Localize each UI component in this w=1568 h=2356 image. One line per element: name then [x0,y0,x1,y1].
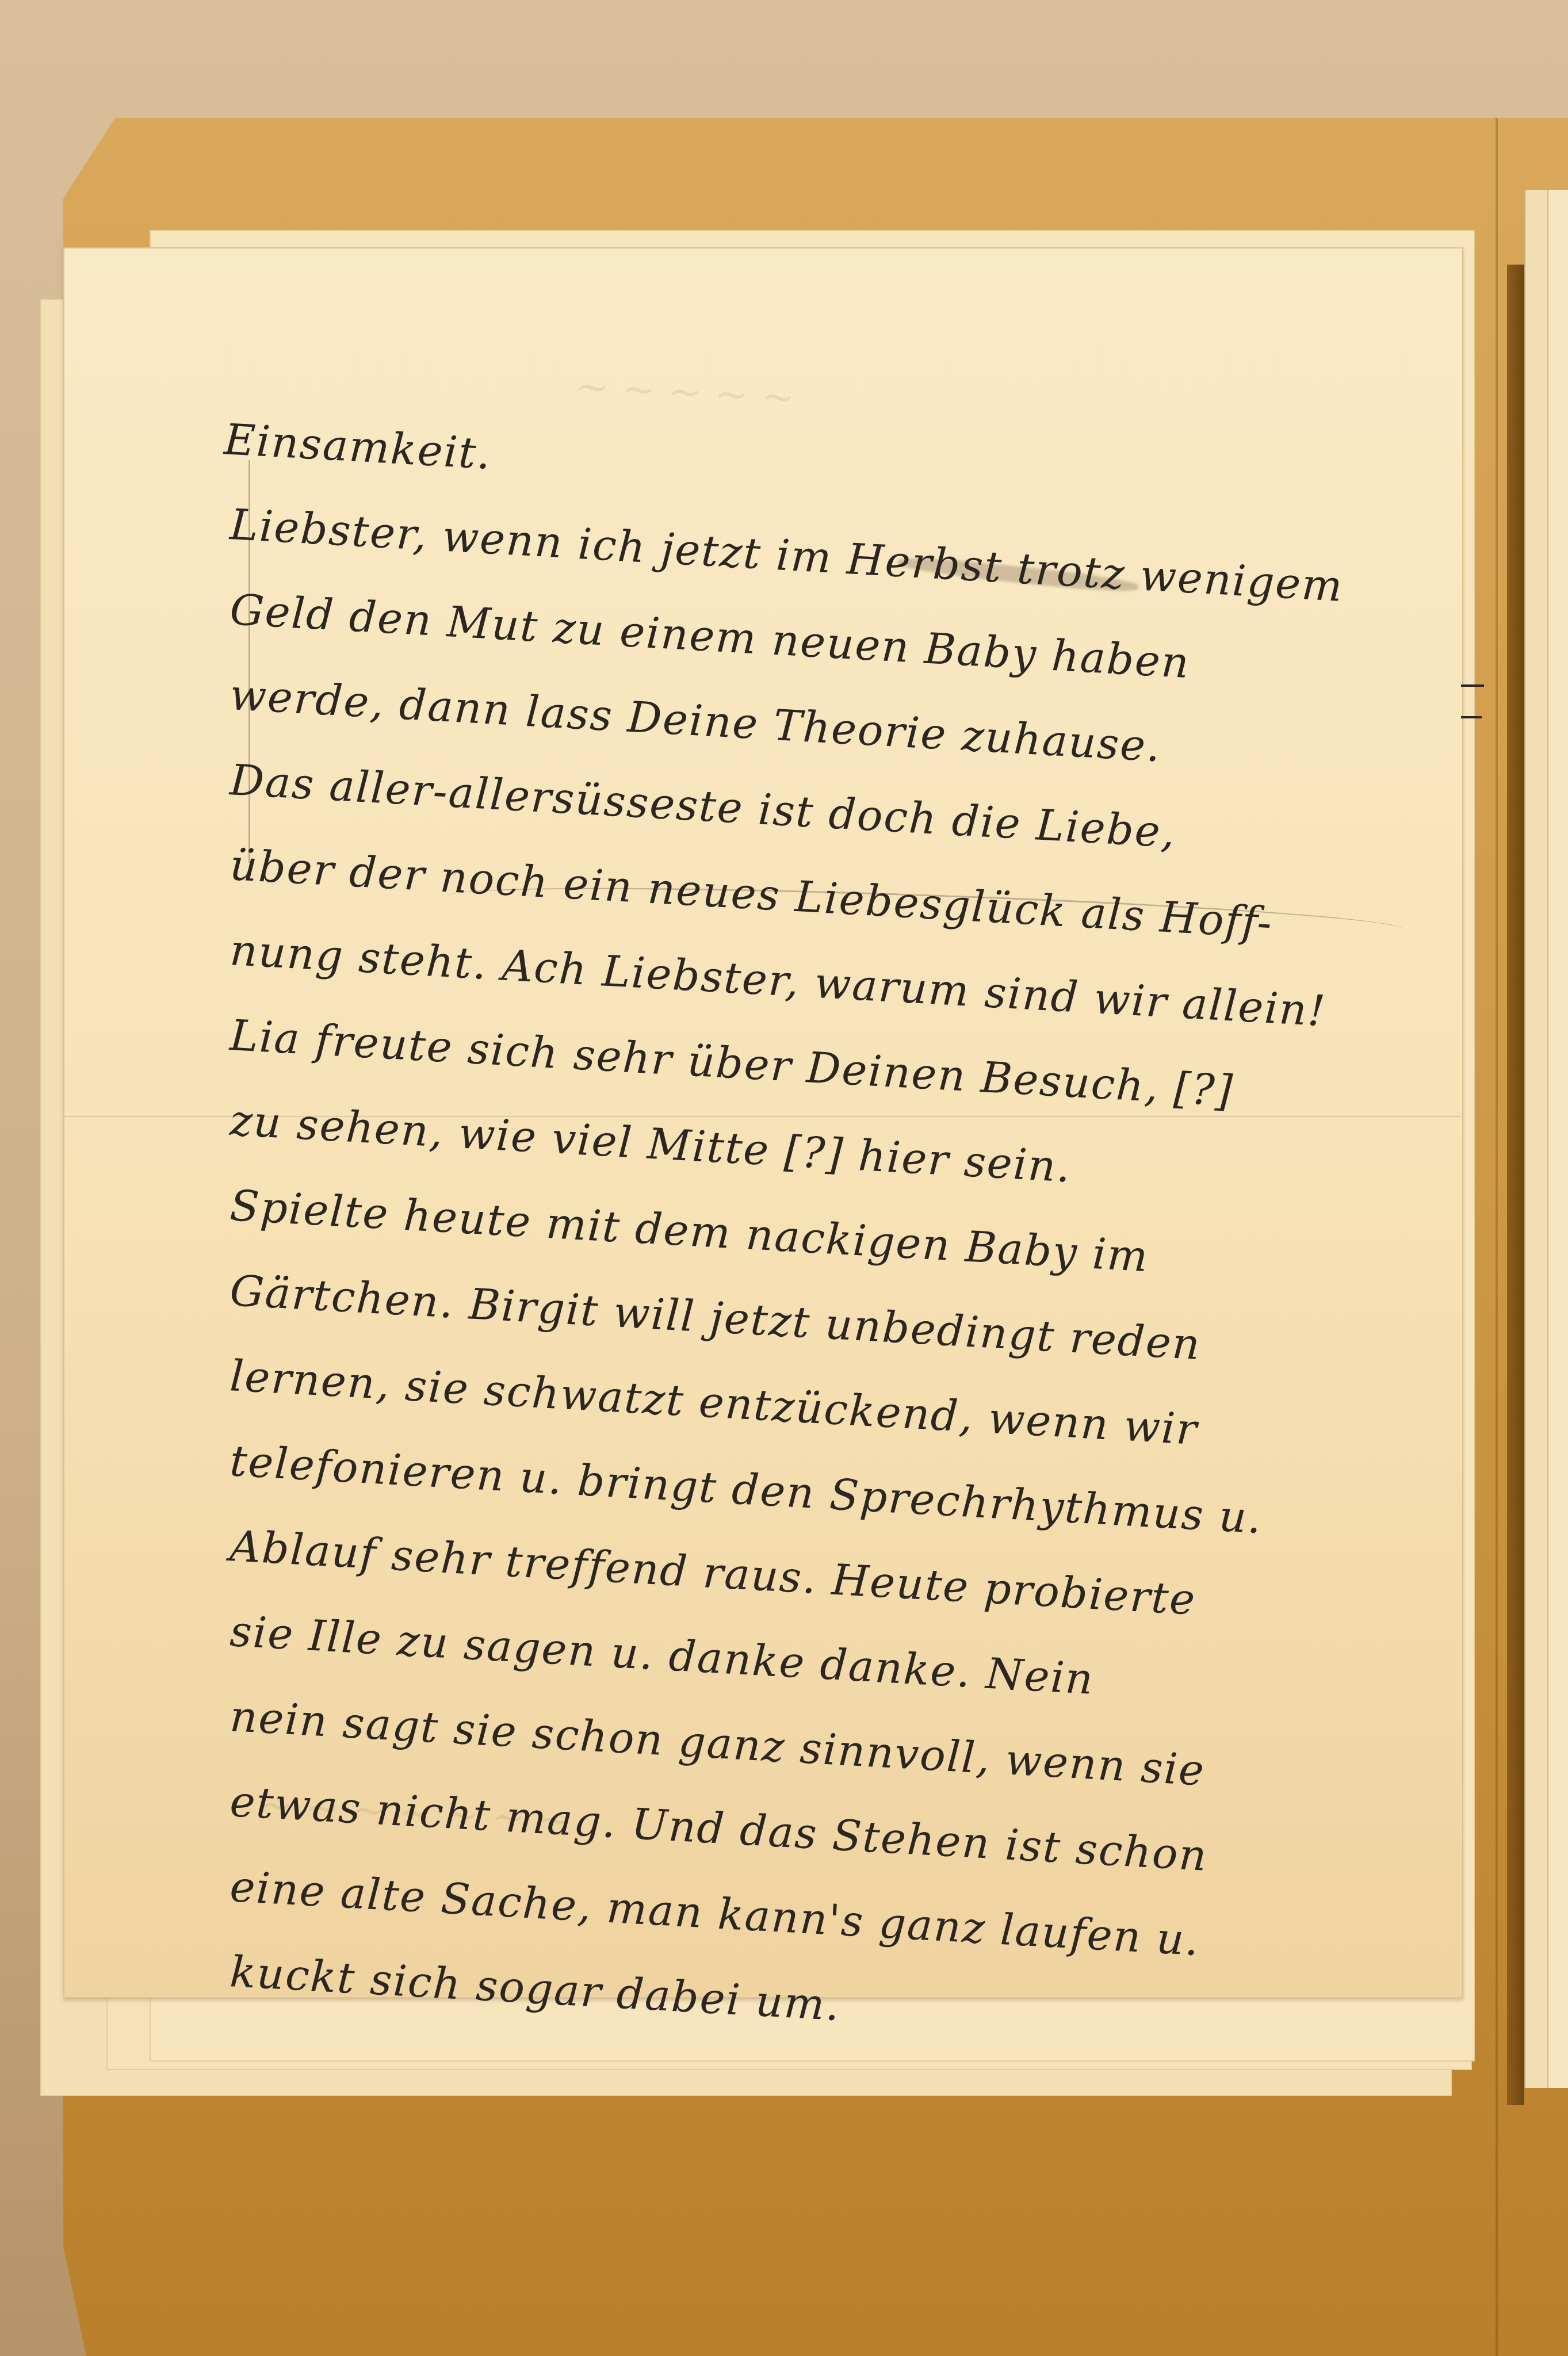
folder-shadow [1507,265,1524,2105]
adjacent-paper-stack-edge [1547,190,1568,2088]
folder-crease [1496,118,1498,2356]
letter-body: Einsamkeit. Liebster, wenn ich jetzt im … [230,397,1467,2014]
